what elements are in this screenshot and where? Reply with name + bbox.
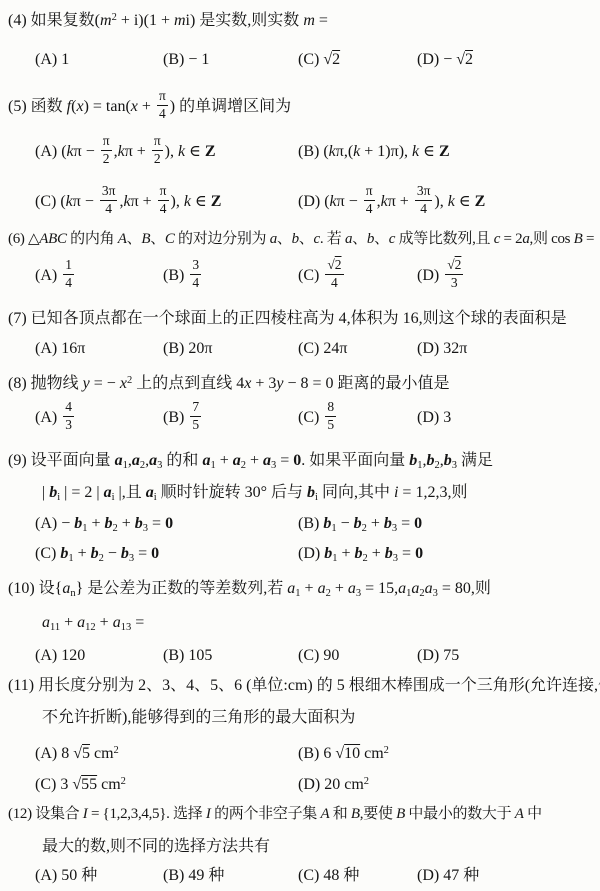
question-9-options-row-1: (A) − b1 + b2 + b3 = 0 (B) b1 − b2 + b3 …	[0, 514, 600, 534]
question-7-option-a: (A) 16π	[35, 339, 163, 359]
question-5-option-b: (B) (kπ,(k + 1)π), k ∈ Z	[298, 133, 600, 171]
question-11-option-d: (D) 20 cm2	[298, 770, 600, 797]
question-4-options: (A) 1 (B) − 1 (C) √2 (D) − √2	[0, 48, 600, 72]
question-10-option-b: (B) 105	[163, 646, 298, 666]
question-4-option-c: (C) √2	[298, 48, 417, 72]
question-11-text-line-1: (11) 用长度分别为 2、3、4、5、6 (单位:cm) 的 5 根细木棒围成…	[0, 676, 600, 696]
question-6-options: (A) 14 (B) 34 (C) √24 (D) √23	[0, 257, 600, 295]
question-9-text-line-2: | bi | = 2 | ai |,且 ai 顺时针旋转 30° 后与 bi 同…	[0, 483, 600, 503]
question-11-options-row-1: (A) 8 √5 cm2 (B) 6 √10 cm2	[0, 739, 600, 763]
question-5-option-d: (D) (kπ − π4,kπ + 3π4), k ∈ Z	[298, 183, 600, 221]
question-11-text-line-2: 不允许折断),能够得到的三角形的最大面积为	[0, 708, 600, 728]
question-12-option-b: (B) 49 种	[163, 866, 298, 886]
question-10-text-line-1: (10) 设{an} 是公差为正数的等差数列,若 a1 + a2 + a3 = …	[0, 579, 600, 599]
question-6-option-a: (A) 14	[35, 257, 163, 295]
question-10-options: (A) 120 (B) 105 (C) 90 (D) 75	[0, 646, 600, 666]
question-9-option-d: (D) b1 + b2 + b3 = 0	[298, 544, 600, 569]
question-8-option-b: (B) 75	[163, 399, 298, 437]
question-4-option-a: (A) 1	[35, 48, 163, 72]
question-8-text: (8) 抛物线 y = − x2 上的点到直线 4x + 3y − 8 = 0 …	[0, 371, 600, 391]
question-5-options-row-1: (A) (kπ − π2,kπ + π2), k ∈ Z (B) (kπ,(k …	[0, 133, 600, 171]
question-6-option-b: (B) 34	[163, 257, 298, 295]
question-6-option-c: (C) √24	[298, 257, 417, 295]
question-5-text: (5) 函数 f(x) = tan(x + π4) 的单调增区间为	[0, 88, 600, 126]
question-9-option-b: (B) b1 − b2 + b3 = 0	[298, 514, 600, 539]
question-8-option-a: (A) 43	[35, 399, 163, 437]
question-5-option-c: (C) (kπ − 3π4,kπ + π4), k ∈ Z	[35, 183, 298, 221]
question-9-text-line-1: (9) 设平面向量 a1,a2,a3 的和 a1 + a2 + a3 = 0. …	[0, 451, 600, 471]
question-7-options: (A) 16π (B) 20π (C) 24π (D) 32π	[0, 339, 600, 359]
question-9-options-row-2: (C) b1 + b2 − b3 = 0 (D) b1 + b2 + b3 = …	[0, 544, 600, 564]
question-12-option-d: (D) 47 种	[417, 866, 600, 886]
question-4-option-b: (B) − 1	[163, 48, 298, 72]
question-10-option-d: (D) 75	[417, 646, 600, 666]
question-4-option-d: (D) − √2	[417, 48, 600, 72]
question-12-text-line-2: 最大的数,则不同的选择方法共有	[0, 837, 600, 857]
question-12-option-c: (C) 48 种	[298, 866, 417, 886]
exam-page: { "questions": [ { "number": "4", "lines…	[0, 0, 600, 891]
question-12-options: (A) 50 种 (B) 49 种 (C) 48 种 (D) 47 种	[0, 866, 600, 886]
question-10-option-c: (C) 90	[298, 646, 417, 666]
question-7-text: (7) 已知各顶点都在一个球面上的正四棱柱高为 4,体积为 16,则这个球的表面…	[0, 309, 600, 329]
question-11-options-row-2: (C) 3 √55 cm2 (D) 20 cm2	[0, 770, 600, 794]
question-6-text: (6) △ABC 的内角 A、B、C 的对边分别为 a、b、c. 若 a、b、c…	[0, 229, 600, 249]
question-10-text-line-2: a11 + a12 + a13 =	[0, 613, 600, 633]
question-9-option-a: (A) − b1 + b2 + b3 = 0	[35, 514, 298, 539]
question-5-options-row-2: (C) (kπ − 3π4,kπ + π4), k ∈ Z (D) (kπ − …	[0, 183, 600, 221]
question-4-text: (4) 如果复数(m2 + i)(1 + mi) 是实数,则实数 m =	[0, 8, 600, 28]
question-7-option-c: (C) 24π	[298, 339, 417, 359]
question-9-option-c: (C) b1 + b2 − b3 = 0	[35, 544, 298, 569]
question-8-option-d: (D) 3	[417, 399, 600, 437]
question-6-option-d: (D) √23	[417, 257, 600, 295]
question-12-text-line-1: (12) 设集合 I = {1,2,3,4,5}. 选择 I 的两个非空子集 A…	[0, 804, 600, 824]
question-11-option-a: (A) 8 √5 cm2	[35, 739, 298, 766]
question-10-option-a: (A) 120	[35, 646, 163, 666]
question-5-option-a: (A) (kπ − π2,kπ + π2), k ∈ Z	[35, 133, 298, 171]
question-8-option-c: (C) 85	[298, 399, 417, 437]
question-7-option-b: (B) 20π	[163, 339, 298, 359]
question-8-options: (A) 43 (B) 75 (C) 85 (D) 3	[0, 399, 600, 437]
question-11-option-c: (C) 3 √55 cm2	[35, 770, 298, 797]
question-11-option-b: (B) 6 √10 cm2	[298, 739, 600, 766]
question-7-option-d: (D) 32π	[417, 339, 600, 359]
question-12-option-a: (A) 50 种	[35, 866, 163, 886]
